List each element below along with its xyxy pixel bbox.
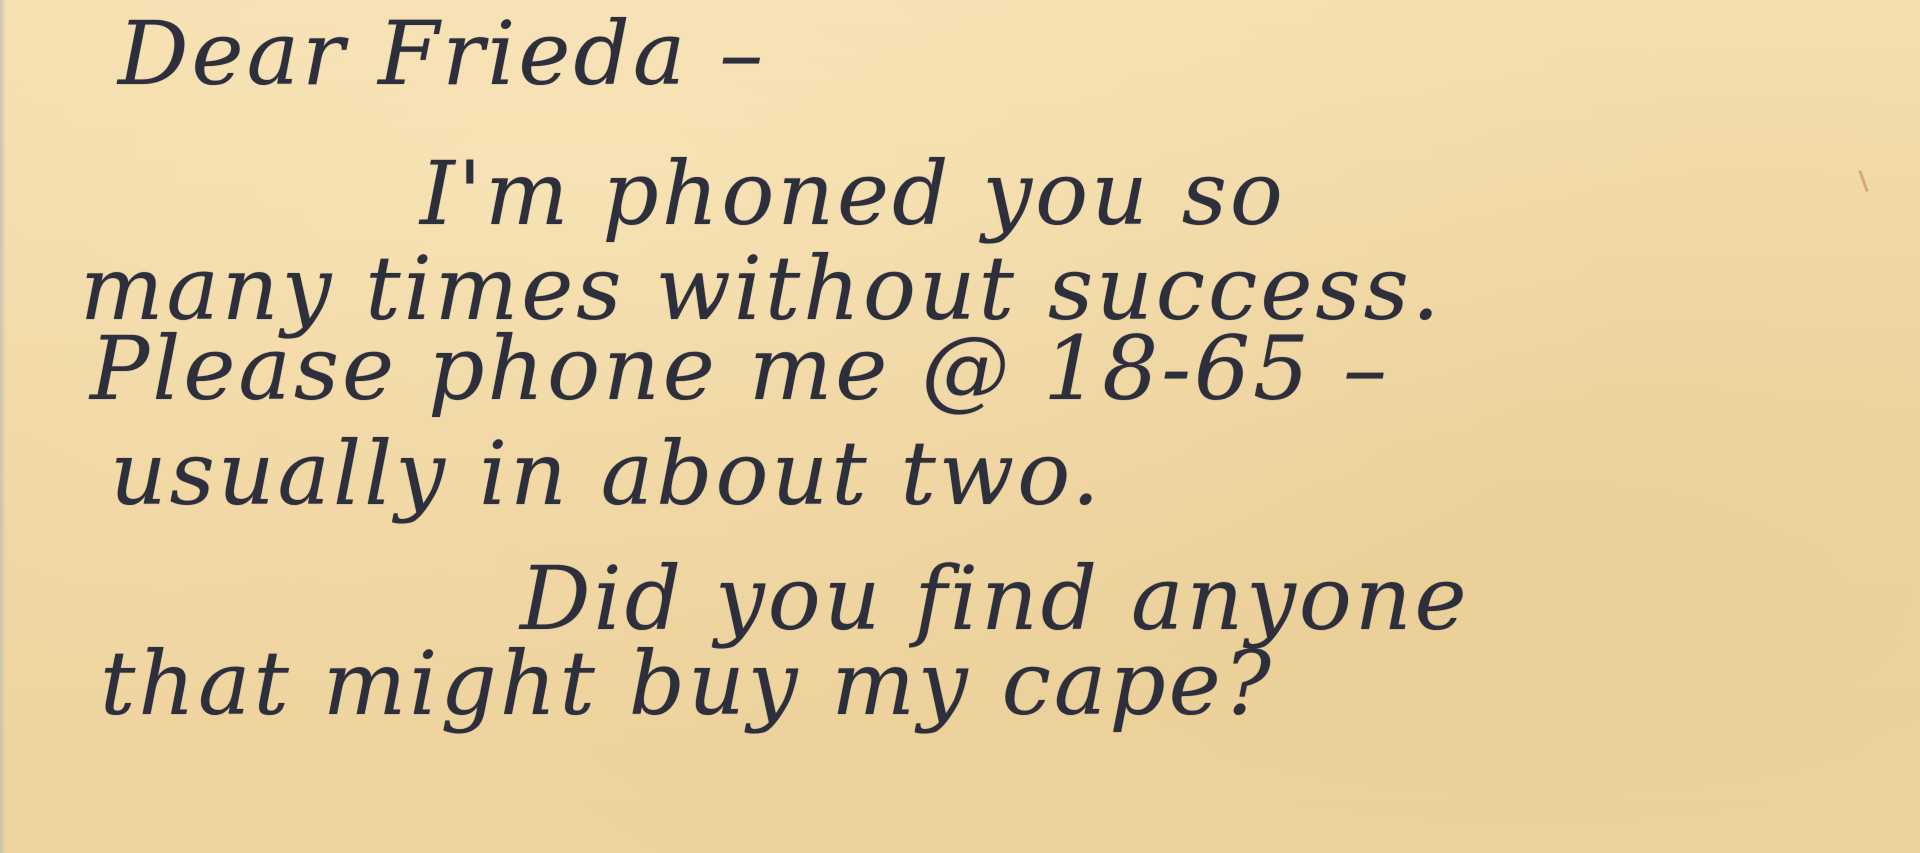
salutation: Dear Frieda – [118,10,766,98]
letter-line-4: usually in about two. [110,430,1103,518]
letter-line-1: I'm phoned you so [420,150,1286,238]
paper-edge [0,0,6,853]
letter-page: Dear Frieda – I'm phoned you so many tim… [0,0,1920,853]
letter-line-5: Did you find anyone [520,555,1470,643]
letter-line-3: Please phone me @ 18-65 – [90,325,1390,413]
letter-line-6: that might buy my cape? [100,640,1274,728]
paper-stain [1858,170,1868,192]
